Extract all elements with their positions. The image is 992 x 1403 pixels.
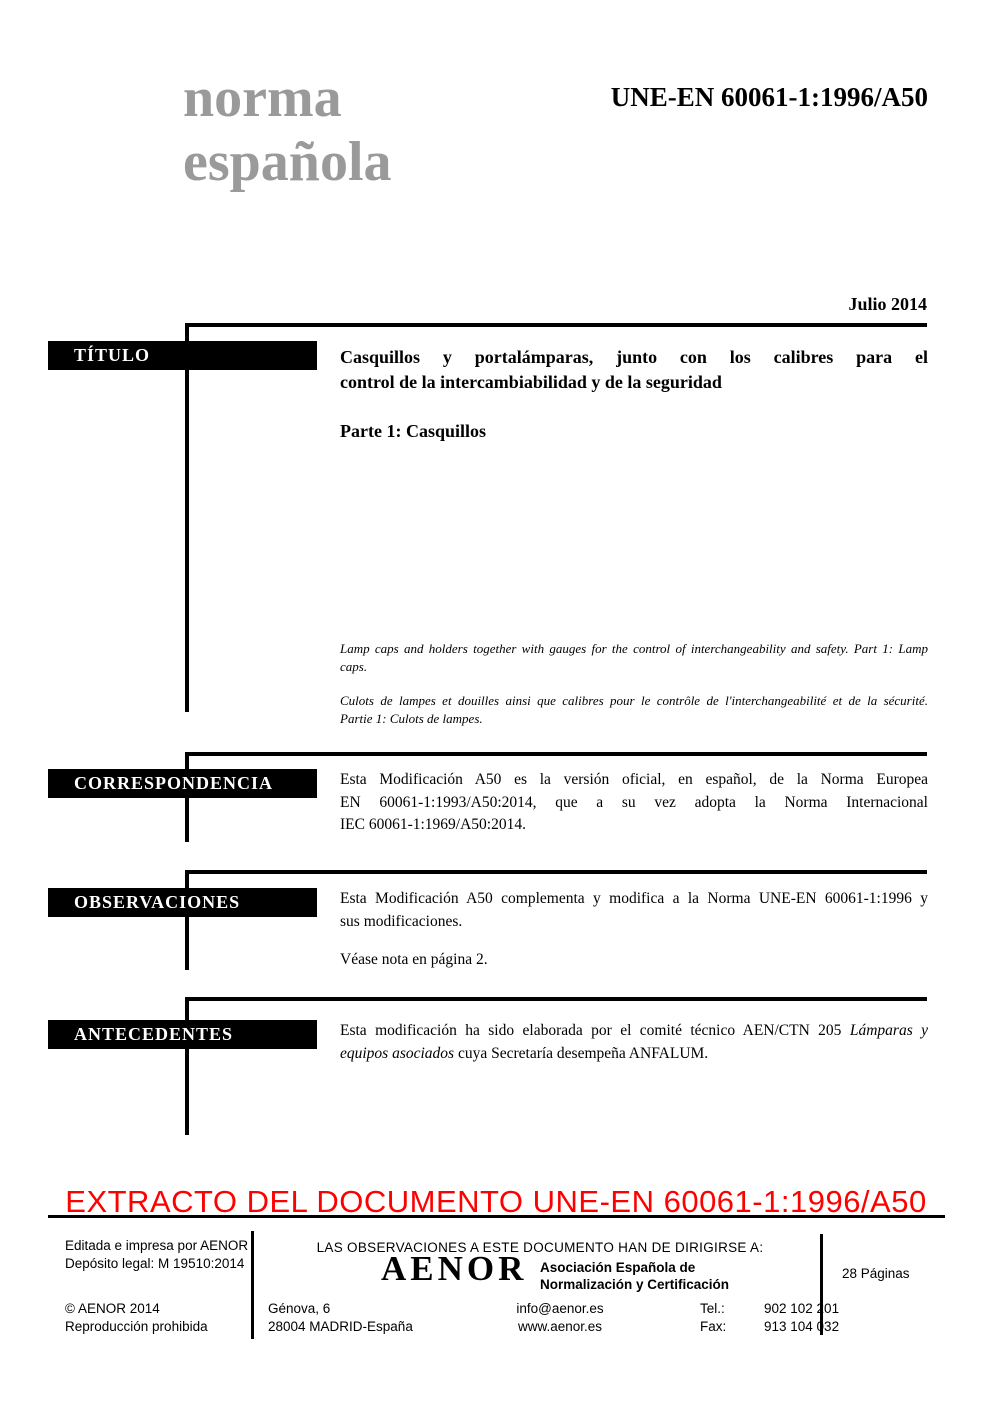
observaciones-body: Esta Modificación A50 complementa y modi… (340, 888, 928, 972)
brand-line-2: española (183, 130, 392, 194)
titulo-label-box: TÍTULO (48, 341, 317, 370)
fax-value: 913 104 032 (764, 1318, 839, 1336)
address-line-2: 28004 MADRID-España (268, 1318, 413, 1336)
norma-espanola-logotype: norma española (183, 66, 392, 194)
document-page: norma española UNE-EN 60061-1:1996/A50 J… (0, 0, 992, 1403)
page-count: 28 Páginas (842, 1265, 910, 1283)
footer-website: www.aenor.es (505, 1318, 615, 1336)
footer-divider-left (251, 1231, 254, 1339)
correspondencia-line-2: EN 60061-1:1993/A50:2014, que a su vez a… (340, 792, 928, 815)
tagline-line-1: Asociación Española de (540, 1259, 729, 1276)
tel-value: 902 102 201 (764, 1300, 839, 1318)
footer-observations-heading: LAS OBSERVACIONES A ESTE DOCUMENTO HAN D… (260, 1239, 820, 1257)
correspondencia-label: CORRESPONDENCIA (74, 773, 273, 794)
footer-address-block: Génova, 6 28004 MADRID-España (268, 1300, 413, 1336)
correspondencia-line-3: IEC 60061-1:1969/A50:2014. (340, 814, 928, 837)
titulo-label: TÍTULO (74, 345, 150, 366)
english-line-2: caps. (340, 658, 928, 676)
observaciones-top-rule (185, 870, 927, 874)
title-english: Lamp caps and holders together with gaug… (340, 640, 928, 676)
tel-label: Tel.: (700, 1300, 748, 1318)
antecedentes-label-box: ANTECEDENTES (48, 1020, 317, 1049)
titulo-top-rule (185, 323, 927, 327)
address-line-1: Génova, 6 (268, 1300, 413, 1318)
correspondencia-top-rule (185, 752, 927, 756)
fax-label: Fax: (700, 1318, 748, 1336)
footer-top-rule (48, 1215, 945, 1218)
antecedentes-top-rule (185, 997, 927, 1001)
title-line-1: Casquillos y portalámparas, junto con lo… (340, 345, 928, 370)
footer-telfax-block: Tel.: 902 102 201 Fax: 913 104 032 (700, 1300, 839, 1336)
antecedentes-line1-italic: Lámparas y (850, 1022, 928, 1039)
title-french: Culots de lampes et douilles ainsi que c… (340, 692, 928, 728)
correspondencia-line-1: Esta Modificación A50 es la versión ofic… (340, 769, 928, 792)
antecedentes-line-1: Esta modificación ha sido elaborada por … (340, 1020, 928, 1043)
standard-code: UNE-EN 60061-1:1996/A50 (611, 82, 928, 113)
antecedentes-line2-italic: equipos asociados (340, 1045, 454, 1062)
observaciones-line-2: sus modificaciones. (340, 911, 928, 934)
antecedentes-vertical-rule (185, 997, 189, 1135)
observaciones-label: OBSERVACIONES (74, 892, 240, 913)
footer-copyright-block: © AENOR 2014 Reproducción prohibida (65, 1300, 208, 1336)
edited-line-2: Depósito legal: M 19510:2014 (65, 1255, 248, 1273)
titulo-vertical-rule (185, 323, 189, 712)
antecedentes-body: Esta modificación ha sido elaborada por … (340, 1020, 928, 1065)
footer-email: info@aenor.es (505, 1300, 615, 1318)
issue-date: Julio 2014 (848, 294, 927, 315)
correspondencia-label-box: CORRESPONDENCIA (48, 769, 317, 798)
footer-web-block: info@aenor.es www.aenor.es (505, 1300, 615, 1336)
title-line-2: control de la intercambiabilidad y de la… (340, 370, 928, 395)
copyright-line-2: Reproducción prohibida (65, 1318, 208, 1336)
french-line-1: Culots de lampes et douilles ainsi que c… (340, 692, 928, 710)
tagline-line-2: Normalización y Certificación (540, 1276, 729, 1293)
observaciones-line-1: Esta Modificación A50 complementa y modi… (340, 888, 928, 911)
titulo-title: Casquillos y portalámparas, junto con lo… (340, 345, 928, 395)
antecedentes-line-2: equipos asociados cuya Secretaría desemp… (340, 1043, 928, 1066)
correspondencia-body: Esta Modificación A50 es la versión ofic… (340, 769, 928, 837)
aenor-logo: AENOR (381, 1250, 527, 1288)
antecedentes-line2-text: cuya Secretaría desempeña ANFALUM. (458, 1045, 708, 1062)
aenor-tagline: Asociación Española de Normalización y C… (540, 1259, 729, 1293)
copyright-line-1: © AENOR 2014 (65, 1300, 208, 1318)
antecedentes-line1-text: Esta modificación ha sido elaborada por … (340, 1022, 841, 1039)
observaciones-label-box: OBSERVACIONES (48, 888, 317, 917)
french-line-2: Partie 1: Culots de lampes. (340, 710, 928, 728)
observaciones-vertical-rule (185, 870, 189, 970)
part-line: Parte 1: Casquillos (340, 421, 928, 442)
edited-line-1: Editada e impresa por AENOR (65, 1237, 248, 1255)
footer-edited-block: Editada e impresa por AENOR Depósito leg… (65, 1237, 248, 1273)
brand-line-1: norma (183, 66, 392, 130)
english-line-1: Lamp caps and holders together with gaug… (340, 640, 928, 658)
antecedentes-label: ANTECEDENTES (74, 1024, 233, 1045)
observaciones-note: Véase nota en página 2. (340, 949, 928, 972)
